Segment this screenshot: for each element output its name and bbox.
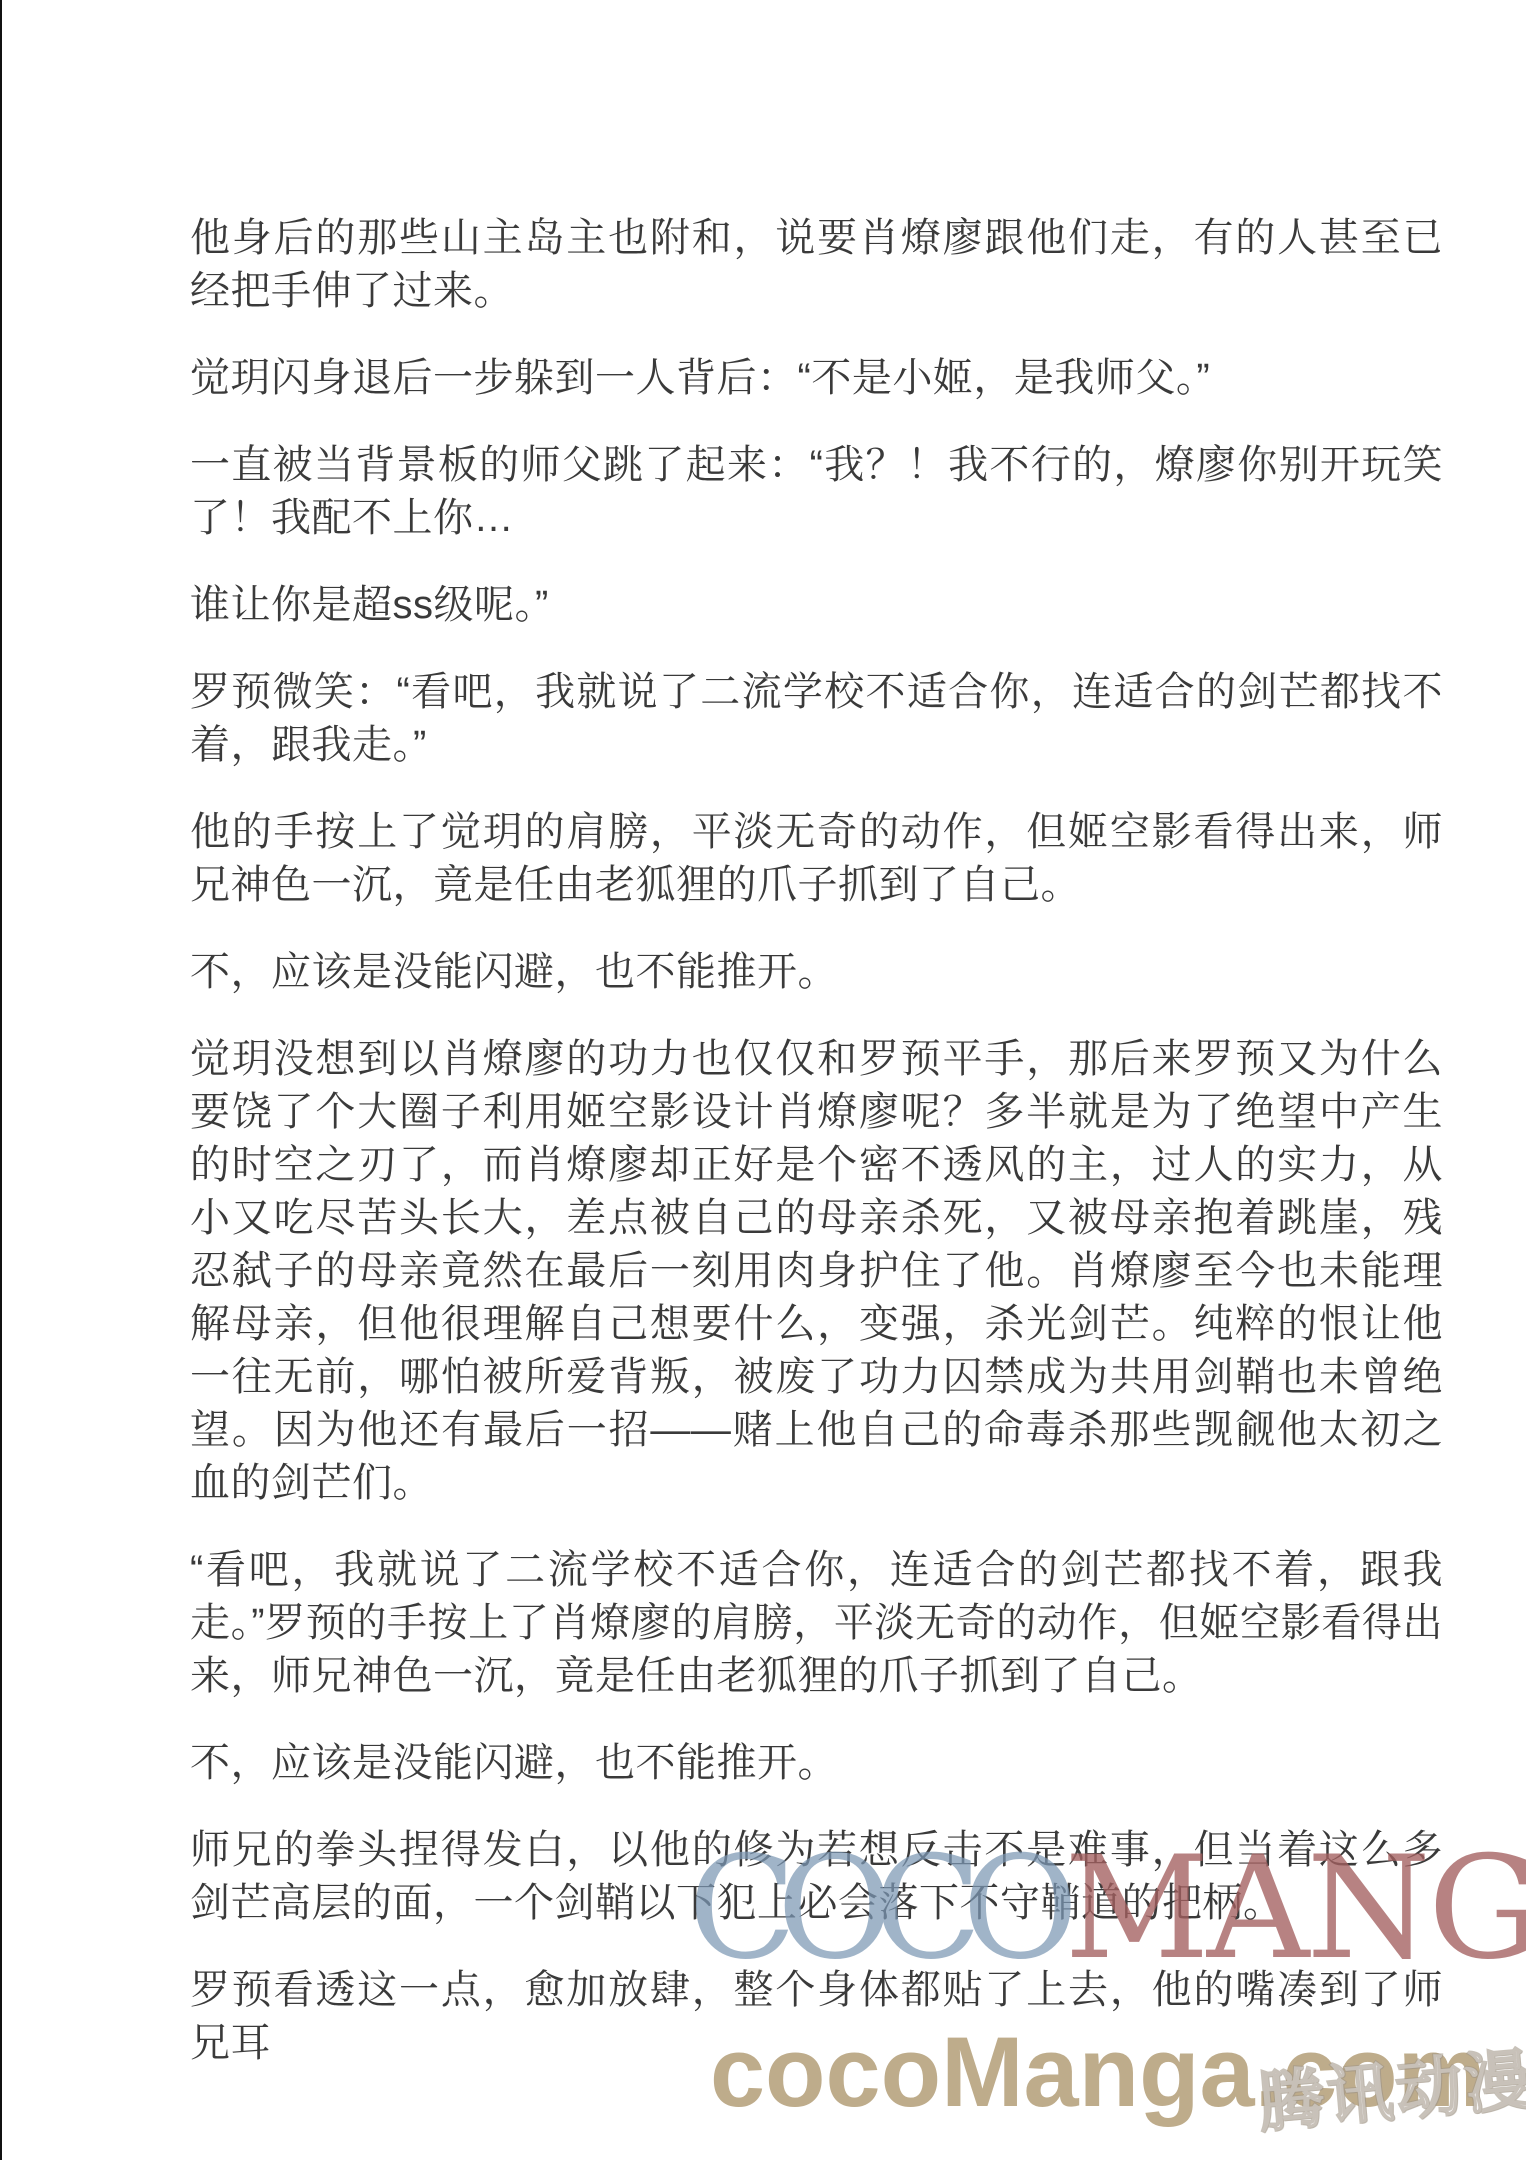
- paragraph: 觉玥闪身退后一步躲到一人背后：“不是小姬，是我师父。”: [190, 352, 1443, 405]
- paragraph: 谁让你是超ss级呢。”: [190, 579, 1443, 632]
- paragraph: 他身后的那些山主岛主也附和，说要肖燎廖跟他们走，有的人甚至已经把手伸了过来。: [190, 212, 1443, 318]
- page-left-edge-line: [0, 0, 2, 2160]
- paragraph: 他的手按上了觉玥的肩膀，平淡无奇的动作，但姬空影看得出来，师兄神色一沉，竟是任由…: [190, 806, 1443, 912]
- paragraph: 师兄的拳头捏得发白，以他的修为若想反击不是难事，但当着这么多剑芒高层的面，一个剑…: [190, 1824, 1443, 1930]
- paragraph: 不，应该是没能闪避，也不能推开。: [190, 1737, 1443, 1790]
- paragraph: 觉玥没想到以肖燎廖的功力也仅仅和罗预平手，那后来罗预又为什么要饶了个大圈子利用姬…: [190, 1033, 1443, 1510]
- paragraph: “看吧，我就说了二流学校不适合你，连适合的剑芒都找不着，跟我走。”罗预的手按上了…: [190, 1544, 1443, 1703]
- story-text: 他身后的那些山主岛主也附和，说要肖燎廖跟他们走，有的人甚至已经把手伸了过来。觉玥…: [190, 212, 1443, 2104]
- paragraph: 不，应该是没能闪避，也不能推开。: [190, 946, 1443, 999]
- paragraph: 罗预微笑：“看吧，我就说了二流学校不适合你，连适合的剑芒都找不着，跟我走。”: [190, 666, 1443, 772]
- paragraph: 罗预看透这一点，愈加放肆，整个身体都贴了上去，他的嘴凑到了师兄耳: [190, 1964, 1443, 2070]
- manga-text-page: 他身后的那些山主岛主也附和，说要肖燎廖跟他们走，有的人甚至已经把手伸了过来。觉玥…: [0, 0, 1526, 2160]
- paragraph: 一直被当背景板的师父跳了起来：“我？！我不行的，燎廖你别开玩笑了！我配不上你…: [190, 439, 1443, 545]
